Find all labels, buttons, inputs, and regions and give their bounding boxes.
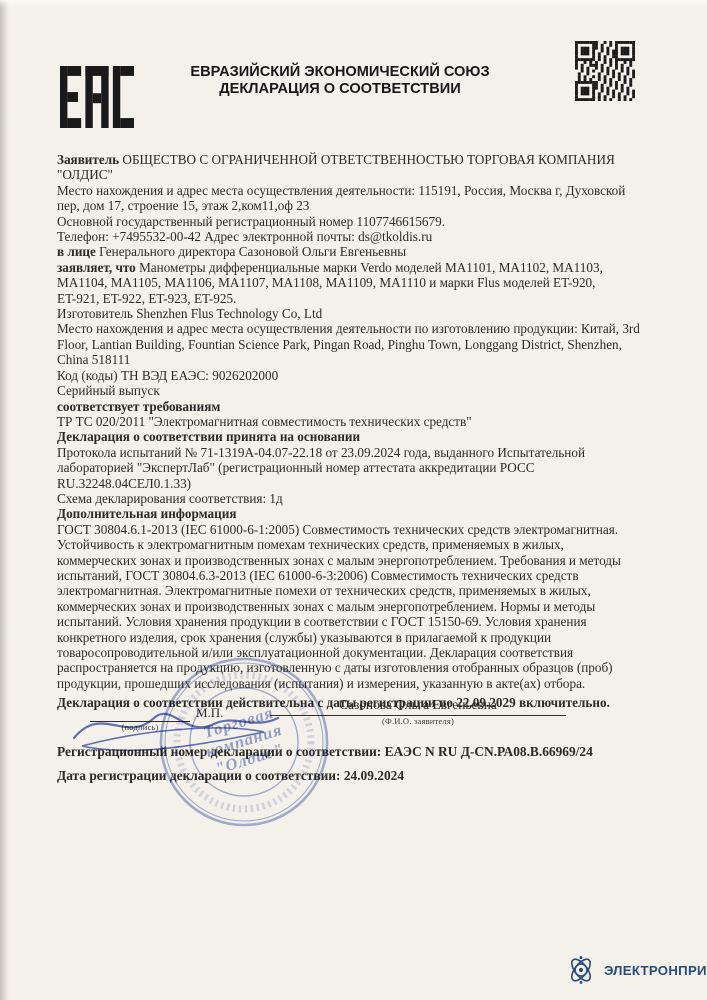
eac-logo-icon bbox=[60, 66, 134, 128]
basis-label: Декларация о соответствии принята на осн… bbox=[57, 429, 679, 444]
contacts-line: Телефон: +7495532-00-42 Адрес электронно… bbox=[57, 229, 679, 244]
in-person-paragraph: в лице Генерального директора Сазоновой … bbox=[57, 244, 679, 259]
footer-logo-text: ЭЛЕКТРОНПРИБОР bbox=[604, 963, 707, 978]
title-line-1: ЕВРАЗИЙСКИЙ ЭКОНОМИЧЕСКИЙ СОЮЗ bbox=[140, 64, 540, 81]
regulation-line: ТР ТС 020/2011 "Электромагнитная совмест… bbox=[57, 414, 679, 429]
applicant-address: Место нахождения и адрес места осуществл… bbox=[57, 183, 679, 214]
atom-icon bbox=[565, 954, 597, 986]
document-title: ЕВРАЗИЙСКИЙ ЭКОНОМИЧЕСКИЙ СОЮЗ ДЕКЛАРАЦИ… bbox=[140, 64, 540, 98]
in-person-value: Генерального директора Сазоновой Ольги Е… bbox=[96, 244, 406, 259]
declares-paragraph: заявляет, что Манометры дифференциальные… bbox=[57, 260, 679, 306]
manufacturer-line: Изготовитель Shenzhen Flus Technology Co… bbox=[57, 306, 679, 321]
qr-code bbox=[575, 41, 635, 101]
additional-info-label: Дополнительная информация bbox=[57, 506, 679, 521]
tnved-line: Код (коды) ТН ВЭД ЕАЭС: 9026202000 bbox=[57, 368, 679, 383]
signature-autograph bbox=[68, 694, 288, 758]
meets-requirements-label: соответствует требованиям bbox=[57, 399, 679, 414]
manufacturer-address: Место нахождения и адрес места осуществл… bbox=[57, 321, 679, 367]
in-person-label: в лице bbox=[57, 244, 96, 259]
declares-label: заявляет, что bbox=[57, 260, 136, 275]
additional-info-text: ГОСТ 30804.6.1-2013 (IEC 61000-6-1:2005)… bbox=[57, 522, 679, 691]
applicant-value: ОБЩЕСТВО С ОГРАНИЧЕННОЙ ОТВЕТСТВЕННОСТЬЮ… bbox=[57, 152, 615, 182]
applicant-paragraph: Заявитель ОБЩЕСТВО С ОГРАНИЧЕННОЙ ОТВЕТС… bbox=[57, 152, 679, 183]
footer-logo: ЭЛЕКТРОНПРИБОР bbox=[565, 954, 707, 986]
declaration-document: ЕВРАЗИЙСКИЙ ЭКОНОМИЧЕСКИЙ СОЮЗ ДЕКЛАРАЦИ… bbox=[0, 0, 707, 1000]
document-body: Заявитель ОБЩЕСТВО С ОГРАНИЧЕННОЙ ОТВЕТС… bbox=[57, 152, 679, 711]
applicant-label: Заявитель bbox=[57, 152, 119, 167]
scheme-line: Схема декларирования соответствия: 1д bbox=[57, 491, 679, 506]
basis-text: Протокола испытаний № 71-1319А-04.07-22.… bbox=[57, 445, 679, 491]
title-line-2: ДЕКЛАРАЦИЯ О СООТВЕТСТВИИ bbox=[140, 81, 540, 98]
declares-value: Манометры дифференциальные марки Verdo м… bbox=[57, 260, 603, 306]
serial-line: Серийный выпуск bbox=[57, 383, 679, 398]
ogrn-line: Основной государственный регистрационный… bbox=[57, 214, 679, 229]
